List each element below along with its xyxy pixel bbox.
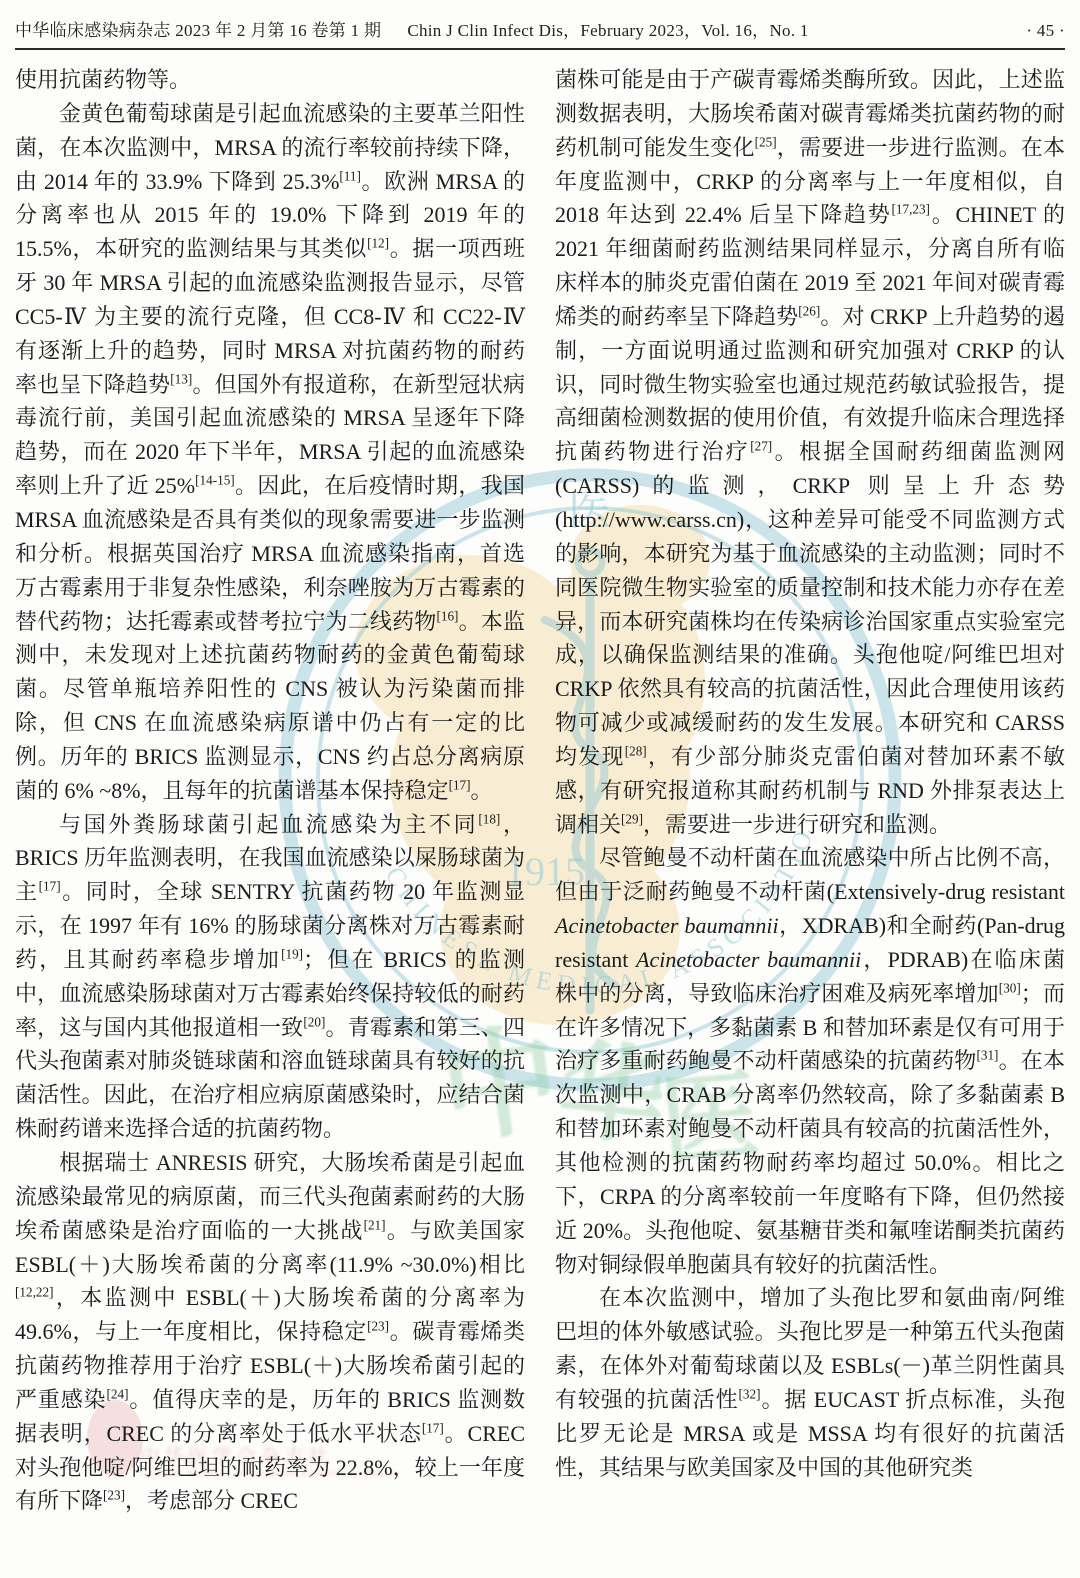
left-column: 使用抗菌药物等。金黄色葡萄球菌是引起血流感染的主要革兰阳性菌，在本次监测中，MR… (15, 63, 525, 1518)
paragraph: 使用抗菌药物等。 (15, 63, 525, 97)
paragraph: 金黄色葡萄球菌是引起血流感染的主要革兰阳性菌，在本次监测中，MRSA 的流行率较… (15, 97, 525, 808)
journal-title-en: Chin J Clin Infect Dis，February 2023，Vol… (407, 21, 808, 40)
paragraph: 在本次监测中，增加了头孢比罗和氨曲南/阿维巴坦的体外敏感试验。头孢比罗是一种第五… (555, 1281, 1065, 1484)
journal-page: 中华临床感染病杂志 2023 年 2 月第 16 卷第 1 期Chin J Cl… (0, 0, 1080, 1518)
running-header: 中华临床感染病杂志 2023 年 2 月第 16 卷第 1 期Chin J Cl… (15, 16, 1065, 50)
journal-title-cn: 中华临床感染病杂志 2023 年 2 月第 16 卷第 1 期 (15, 21, 381, 40)
two-column-body: 使用抗菌药物等。金黄色葡萄球菌是引起血流感染的主要革兰阳性菌，在本次监测中，MR… (15, 63, 1065, 1518)
paragraph: 与国外粪肠球菌引起血流感染为主不同[18]，BRICS 历年监测表明，在我国血流… (15, 808, 525, 1146)
journal-title-line: 中华临床感染病杂志 2023 年 2 月第 16 卷第 1 期Chin J Cl… (15, 16, 809, 41)
right-column: 菌株可能是由于产碳青霉烯类酶所致。因此，上述监测数据表明，大肠埃希菌对碳青霉烯类… (555, 63, 1065, 1518)
paragraph: 菌株可能是由于产碳青霉烯类酶所致。因此，上述监测数据表明，大肠埃希菌对碳青霉烯类… (555, 63, 1065, 841)
paragraph: 根据瑞士 ANRESIS 研究，大肠埃希菌是引起血流感染最常见的病原菌，而三代头… (15, 1146, 525, 1518)
paragraph: 尽管鲍曼不动杆菌在血流感染中所占比例不高，但由于泛耐药鲍曼不动杆菌(Extens… (555, 841, 1065, 1281)
page-number: · 45 · (1026, 21, 1065, 41)
